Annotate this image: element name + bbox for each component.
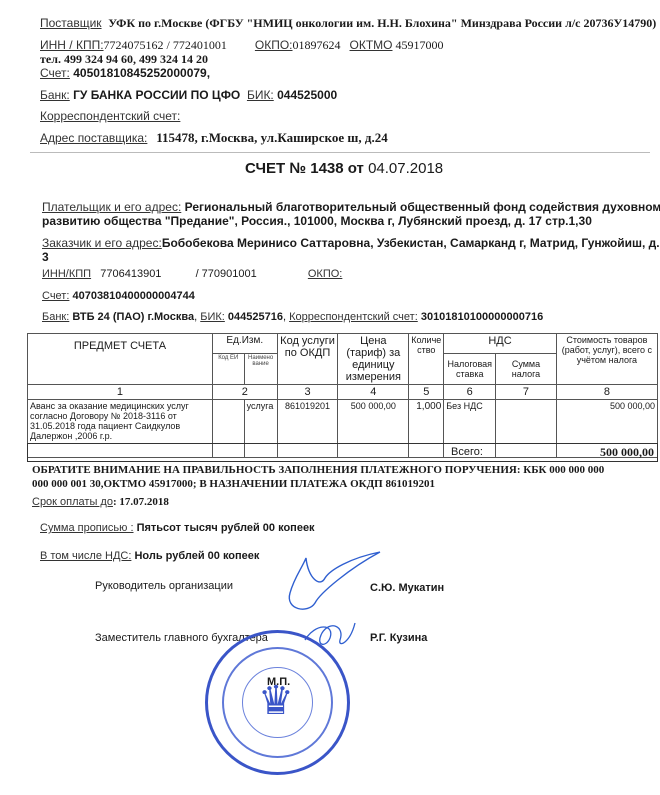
header-price: Цена (тариф) за единицу измерения: [338, 334, 409, 385]
supplier-label: Поставщик: [40, 16, 102, 30]
invoice-table: ПРЕДМЕТ СЧЕТА Ед.Изм. Код услуги по ОКДП…: [27, 333, 658, 458]
customer-label: Заказчик и его адрес:: [42, 236, 162, 250]
amount-words-label: Сумма прописью :: [40, 522, 134, 534]
divider: [30, 152, 650, 153]
notice-line1: ОБРАТИТЕ ВНИМАНИЕ НА ПРАВИЛЬНОСТЬ ЗАПОЛН…: [32, 464, 604, 476]
header-vat: НДС: [444, 334, 557, 354]
customer-inn-value: 7706413901: [100, 268, 161, 280]
inn-kpp-value: 7724075162 / 772401001: [104, 38, 227, 52]
header-unit: Ед.Изм.: [212, 334, 277, 354]
total-value: 500 000,00: [600, 445, 654, 460]
oktmo-label: ОКТМО: [350, 38, 393, 52]
stamp-icon: ♛: [205, 630, 350, 775]
customer-account-label: Счет:: [42, 290, 69, 302]
vat-words-line: В том числе НДС: Ноль рублей 00 копеек: [40, 550, 259, 562]
customer-account-value: 40703810400000004744: [72, 290, 194, 302]
amount-words-value: Пятьсот тысяч рублей 00 копеек: [137, 522, 315, 534]
customer-corr-value: 30101810100000000716: [421, 311, 543, 323]
account-value: 40501810845252000079,: [73, 66, 210, 80]
header-unit-code: Код ЕИ: [212, 354, 244, 385]
customer-bik-label: БИК:: [200, 311, 225, 323]
header-total: Стоимость товаров (работ, услуг), всего …: [556, 334, 657, 385]
customer-inn-line: ИНН/КПП 7706413901 / 770901001 ОКПО:: [42, 268, 342, 280]
supplier-line: Поставщик УФК по г.Москве (ФГБУ "НМИЦ он…: [40, 16, 656, 31]
address-value: 115478, г.Москва, ул.Каширское ш, д.24: [156, 130, 387, 145]
invoice-from: от: [348, 160, 364, 177]
customer-okpo-label: ОКПО:: [308, 268, 342, 280]
header-vat-sum: Сумма налога: [496, 354, 557, 385]
supplier-address-line: Адрес поставщика: 115478, г.Москва, ул.К…: [40, 129, 388, 147]
supplier-account-line: Счет: 40501810845252000079,: [40, 66, 210, 80]
header-unit-name: Наимено вание: [244, 354, 277, 385]
address-label: Адрес поставщика:: [40, 131, 147, 145]
customer-kpp-value: / 770901001: [196, 268, 257, 280]
signature-head-icon: [280, 548, 390, 618]
payer-value-1: Региональный благотворительный обществен…: [185, 200, 660, 214]
total-label: Всего:: [451, 446, 483, 458]
customer-line1: Заказчик и его адрес:Бобобекова Меринисо…: [42, 236, 660, 250]
vat-words-label: В том числе НДС:: [40, 550, 131, 562]
bik-label: БИК:: [247, 88, 274, 102]
supplier-corr-line: Корреспондентский счет:: [40, 109, 180, 123]
invoice-title: СЧЕТ № 1438 от 04.07.2018: [245, 160, 443, 177]
invoice-number: СЧЕТ № 1438: [245, 160, 344, 177]
head-label: Руководитель организации: [95, 580, 233, 592]
supplier-inn-line: ИНН / КПП:7724075162 / 772401001 ОКПО:01…: [40, 38, 444, 53]
okpo-label: ОКПО:: [255, 38, 293, 52]
notice-line2: 000 000 001 30,ОКТМО 45917000; В НАЗНАЧЕ…: [32, 478, 435, 490]
bank-label: Банк:: [40, 88, 70, 102]
due-label: Срок оплаты до: [32, 496, 113, 508]
header-subject: ПРЕДМЕТ СЧЕТА: [28, 334, 213, 385]
col-number: 5: [409, 385, 444, 400]
customer-corr-label: Корреспондентский счет:: [289, 311, 418, 323]
invoice-date: 04.07.2018: [368, 160, 443, 177]
deputy-name: Р.Г. Кузина: [370, 632, 427, 644]
due-value: : 17.07.2018: [113, 496, 169, 508]
payer-label: Плательщик и его адрес:: [42, 200, 181, 214]
customer-value-2: 3: [42, 250, 49, 264]
vat-words-value: Ноль рублей 00 копеек: [134, 550, 259, 562]
account-label: Счет:: [40, 66, 70, 80]
stamp-label: М.П.: [267, 676, 290, 688]
bik-value: 044525000: [277, 88, 337, 102]
table-total-row: Всего: 500 000,00: [27, 443, 658, 462]
col-number: 2: [212, 385, 277, 400]
supplier-value: УФК по г.Москве (ФГБУ "НМИЦ онкологии им…: [108, 16, 656, 30]
inn-kpp-label: ИНН / КПП:: [40, 38, 104, 52]
col-number: 4: [338, 385, 409, 400]
header-okdp: Код услуги по ОКДП: [277, 334, 338, 385]
col-number: 3: [277, 385, 338, 400]
customer-inn-label: ИНН/КПП: [42, 268, 91, 280]
customer-bank-label: Банк:: [42, 311, 69, 323]
payer-line1: Плательщик и его адрес: Региональный бла…: [42, 200, 660, 214]
customer-bank-value: ВТБ 24 (ПАО) г.Москва: [72, 311, 194, 323]
customer-account-line: Счет: 40703810400000004744: [42, 290, 195, 302]
customer-bik-value: 044525716: [228, 311, 283, 323]
col-number: 6: [444, 385, 496, 400]
amount-words-line: Сумма прописью : Пятьсот тысяч рублей 00…: [40, 522, 315, 534]
customer-bank-line: Банк: ВТБ 24 (ПАО) г.Москва, БИК: 044525…: [42, 311, 543, 323]
col-number: 8: [556, 385, 657, 400]
header-vat-rate: Налоговая ставка: [444, 354, 496, 385]
customer-value-1: Бобобекова Меринисо Саттаровна, Узбекист…: [162, 236, 660, 250]
col-number: 1: [28, 385, 213, 400]
bank-value: ГУ БАНКА РОССИИ ПО ЦФО: [73, 88, 240, 102]
corr-label: Корреспондентский счет:: [40, 109, 180, 123]
okpo-value: 01897624: [293, 38, 341, 52]
payer-value-2: развитию общества "Предание", Россия., 1…: [42, 214, 592, 228]
supplier-bank-line: Банк: ГУ БАНКА РОССИИ ПО ЦФО БИК: 044525…: [40, 88, 337, 102]
due-line: Срок оплаты до: 17.07.2018: [32, 496, 169, 508]
supplier-phone: тел. 499 324 94 60, 499 324 14 20: [40, 52, 208, 67]
header-qty: Количе ство: [409, 334, 444, 385]
col-number: 7: [496, 385, 557, 400]
oktmo-value: 45917000: [396, 38, 444, 52]
